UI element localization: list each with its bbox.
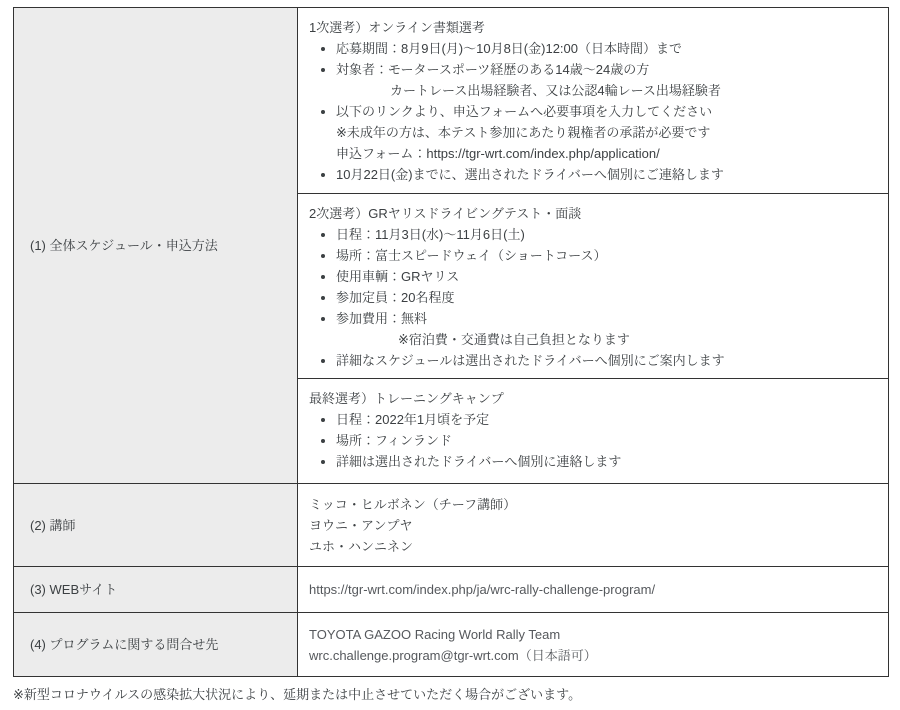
list-item-text: 参加定員：20名程度 [336, 287, 876, 308]
final-round-heading: 最終選考）トレーニングキャンプ [309, 388, 876, 409]
list-item: 対象者：モータースポーツ経歴のある14歳～24歳の方 カートレース出場経験者、又… [336, 59, 876, 101]
row-label-schedule: (1) 全体スケジュール・申込方法 [14, 8, 298, 484]
list-item: 日程：2022年1月頃を予定 [336, 409, 876, 430]
schedule-round2-cell: 2次選考）GRヤリスドライビングテスト・面談 日程：11月3日(水)～11月6日… [298, 194, 889, 379]
list-item-text: 参加費用：無料 [336, 308, 876, 329]
website-cell: https://tgr-wrt.com/index.php/ja/wrc-ral… [298, 567, 889, 613]
list-item-text: 対象者：モータースポーツ経歴のある14歳～24歳の方 [336, 59, 876, 80]
list-item: 使用車輌：GRヤリス [336, 266, 876, 287]
round2-heading: 2次選考）GRヤリスドライビングテスト・面談 [309, 203, 876, 224]
final-round-list: 日程：2022年1月頃を予定 場所：フィンランド 詳細は選出されたドライバーへ個… [309, 409, 876, 472]
round2-list: 日程：11月3日(水)～11月6日(土) 場所：富士スピードウェイ（ショートコー… [309, 224, 876, 371]
row-label-website: (3) WEBサイト [14, 567, 298, 613]
table-row: (2) 講師 ミッコ・ヒルボネン（チーフ講師） ヨウニ・アンプヤ ユホ・ハンニネ… [14, 484, 889, 567]
table-row: (4) プログラムに関する問合せ先 TOYOTA GAZOO Racing Wo… [14, 613, 889, 677]
schedule-round1-cell: 1次選考）オンライン書類選考 応募期間：8月9日(月)～10月8日(金)12:0… [298, 8, 889, 194]
list-item-text: 場所：フィンランド [336, 430, 876, 451]
list-item-text: 以下のリンクより、申込フォームへ必要事項を入力してください [336, 101, 876, 122]
instructor-name: ユホ・ハンニネン [309, 536, 876, 557]
program-page: (1) 全体スケジュール・申込方法 1次選考）オンライン書類選考 応募期間：8月… [0, 0, 900, 710]
program-details-table: (1) 全体スケジュール・申込方法 1次選考）オンライン書類選考 応募期間：8月… [13, 7, 889, 677]
list-item: 応募期間：8月9日(月)～10月8日(金)12:00（日本時間）まで [336, 38, 876, 59]
list-item-continuation: カートレース出場経験者、又は公認4輪レース出場経験者 [336, 80, 876, 101]
list-item-text: 日程：2022年1月頃を予定 [336, 409, 876, 430]
list-item-text: 使用車輌：GRヤリス [336, 266, 876, 287]
list-item-text: 詳細なスケジュールは選出されたドライバーへ個別にご案内します [336, 350, 876, 371]
list-item-continuation: ※宿泊費・交通費は自己負担となります [336, 329, 876, 350]
list-item: 場所：フィンランド [336, 430, 876, 451]
list-item-text: 詳細は選出されたドライバーへ個別に連絡します [336, 451, 876, 472]
row-label-contact: (4) プログラムに関する問合せ先 [14, 613, 298, 677]
list-item-text: 応募期間：8月9日(月)～10月8日(金)12:00（日本時間）まで [336, 38, 876, 59]
application-form-url: 申込フォーム：https://tgr-wrt.com/index.php/app… [336, 143, 876, 164]
table-row: (1) 全体スケジュール・申込方法 1次選考）オンライン書類選考 応募期間：8月… [14, 8, 889, 194]
list-item-text: 日程：11月3日(水)～11月6日(土) [336, 224, 876, 245]
list-item: 場所：富士スピードウェイ（ショートコース） [336, 245, 876, 266]
website-url: https://tgr-wrt.com/index.php/ja/wrc-ral… [309, 579, 876, 600]
instructor-name: ヨウニ・アンプヤ [309, 515, 876, 536]
list-item-text: 10月22日(金)までに、選出されたドライバーへ個別にご連絡します [336, 164, 876, 185]
instructors-cell: ミッコ・ヒルボネン（チーフ講師） ヨウニ・アンプヤ ユホ・ハンニネン [298, 484, 889, 567]
list-item: 以下のリンクより、申込フォームへ必要事項を入力してください ※未成年の方は、本テ… [336, 101, 876, 164]
table-wrap: (1) 全体スケジュール・申込方法 1次選考）オンライン書類選考 応募期間：8月… [13, 7, 889, 705]
round1-heading: 1次選考）オンライン書類選考 [309, 17, 876, 38]
row-label-instructors: (2) 講師 [14, 484, 298, 567]
instructor-name: ミッコ・ヒルボネン（チーフ講師） [309, 494, 876, 515]
contact-cell: TOYOTA GAZOO Racing World Rally Team wrc… [298, 613, 889, 677]
contact-email: wrc.challenge.program@tgr-wrt.com（日本語可） [309, 645, 876, 666]
list-item: 参加費用：無料 ※宿泊費・交通費は自己負担となります [336, 308, 876, 350]
list-item-text: 場所：富士スピードウェイ（ショートコース） [336, 245, 876, 266]
round1-list: 応募期間：8月9日(月)～10月8日(金)12:00（日本時間）まで 対象者：モ… [309, 38, 876, 185]
table-row: (3) WEBサイト https://tgr-wrt.com/index.php… [14, 567, 889, 613]
schedule-final-cell: 最終選考）トレーニングキャンプ 日程：2022年1月頃を予定 場所：フィンランド… [298, 379, 889, 484]
list-item: 詳細なスケジュールは選出されたドライバーへ個別にご案内します [336, 350, 876, 371]
list-item: 10月22日(金)までに、選出されたドライバーへ個別にご連絡します [336, 164, 876, 185]
list-item-note: ※未成年の方は、本テスト参加にあたり親権者の承諾が必要です [336, 122, 876, 143]
list-item: 参加定員：20名程度 [336, 287, 876, 308]
list-item: 詳細は選出されたドライバーへ個別に連絡します [336, 451, 876, 472]
covid-footnote: ※新型コロナウイルスの感染拡大状況により、延期または中止させていただく場合がござ… [13, 684, 889, 705]
list-item: 日程：11月3日(水)～11月6日(土) [336, 224, 876, 245]
contact-team-name: TOYOTA GAZOO Racing World Rally Team [309, 624, 876, 645]
